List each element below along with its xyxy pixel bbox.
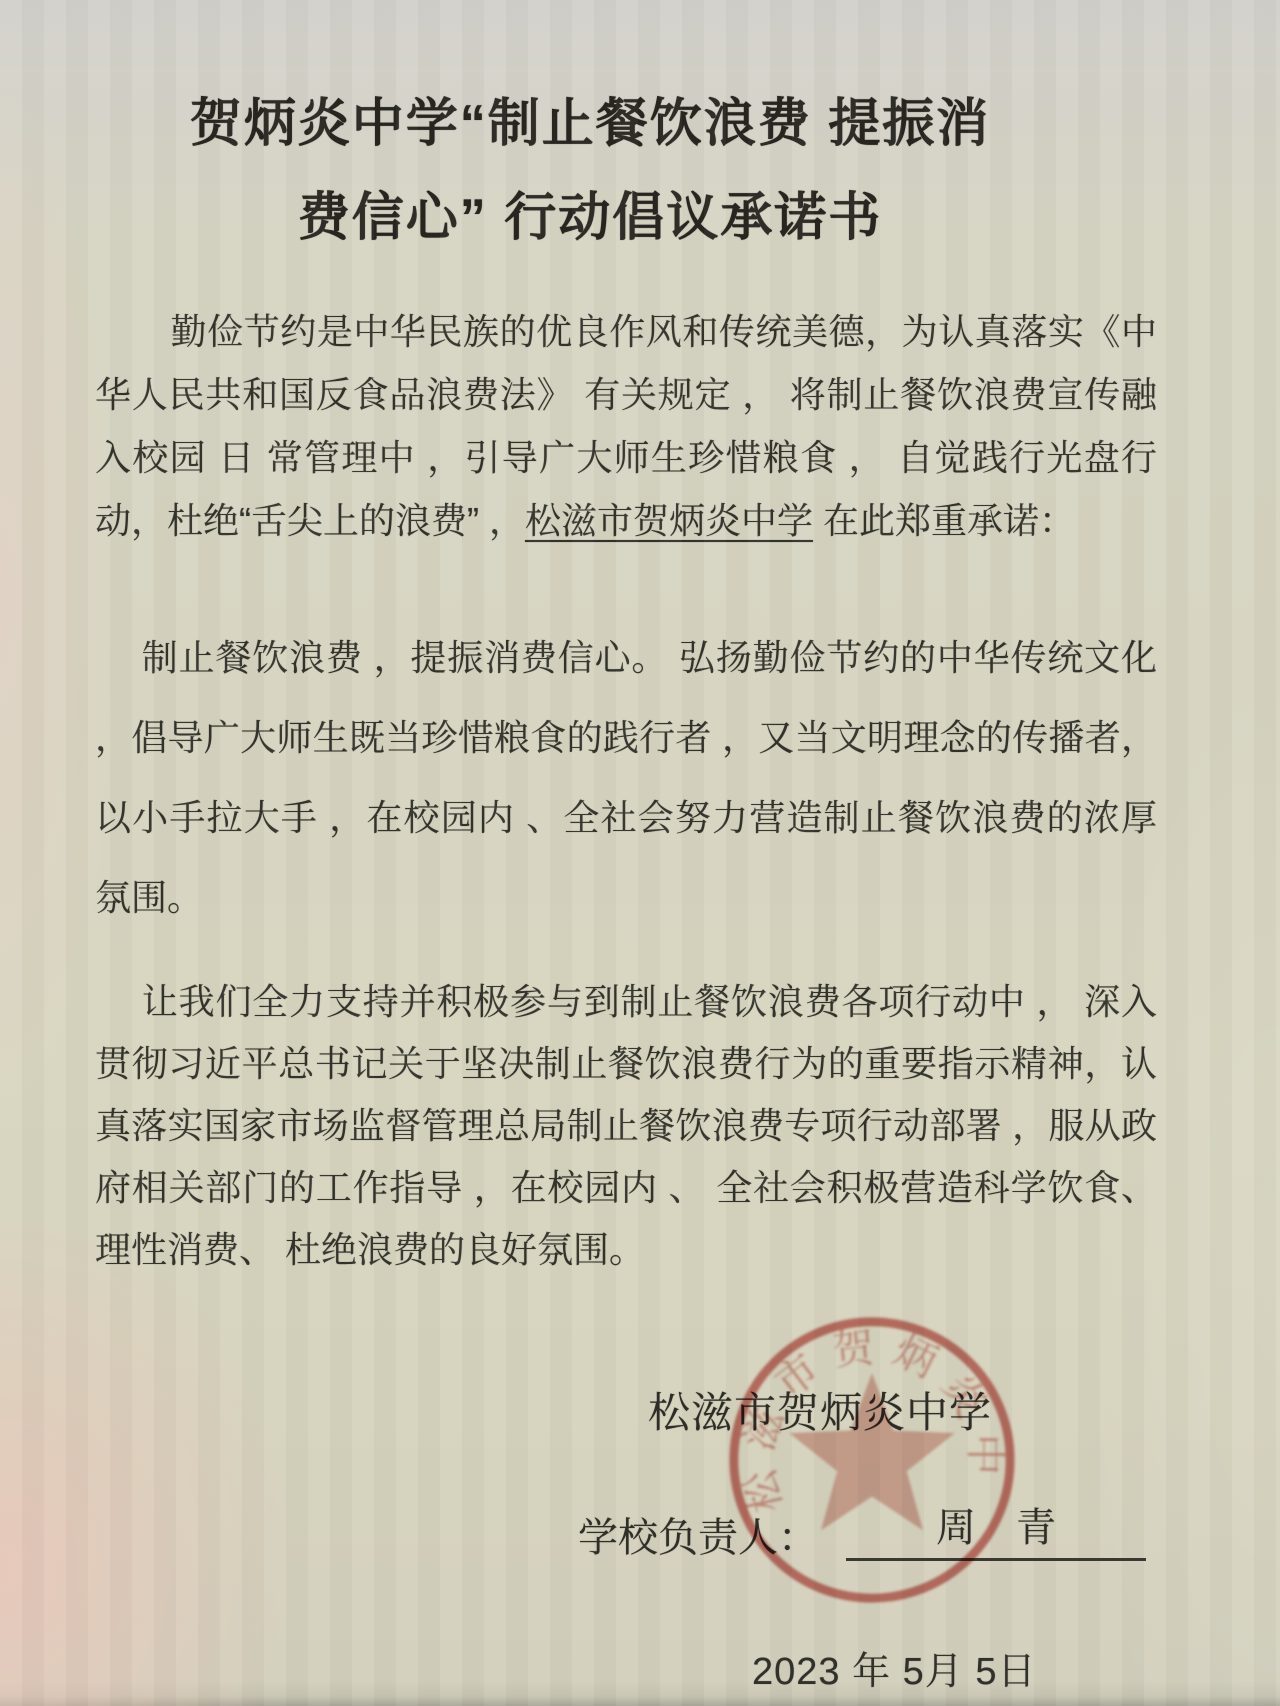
paragraph-1: 勤俭节约是中华民族的优良作风和传统美德，为认真落实《中华人民共和国反食品浪费法》… (95, 300, 1157, 552)
document-date: 2023 年 5月 5日 (752, 1640, 1036, 1695)
school-name-underlined: 松滋市贺炳炎中学 (525, 500, 813, 541)
paragraph-3: 让我们全力支持并积极参与到制止餐饮浪费各项行动中 ， 深入贯彻习近平总书记关于坚… (95, 971, 1157, 1281)
official-seal: 松滋市贺炳炎中学 (724, 1312, 1020, 1608)
signature-school-name: 松滋市贺炳炎中学 (648, 1380, 992, 1440)
paragraph-2: 制止餐饮浪费 ，提振消费信心。 弘扬勤俭节约的中华传统文化 ，倡导广大师生既当珍… (95, 618, 1157, 938)
paragraph-1-tail: 在此郑重承诺： (813, 500, 1075, 541)
document-title-line1: 贺炳炎中学“制止餐饮浪费 提振消 (45, 98, 1135, 150)
document-photo: 贺炳炎中学“制止餐饮浪费 提振消 费信心” 行动倡议承诺书 勤俭节约是中华民族的… (0, 0, 1280, 1706)
responsible-person-signature: 周 青 (846, 1502, 1146, 1561)
responsible-person-label: 学校负责人： (578, 1506, 818, 1563)
document-title-line2: 费信心” 行动倡议承诺书 (45, 192, 1135, 244)
